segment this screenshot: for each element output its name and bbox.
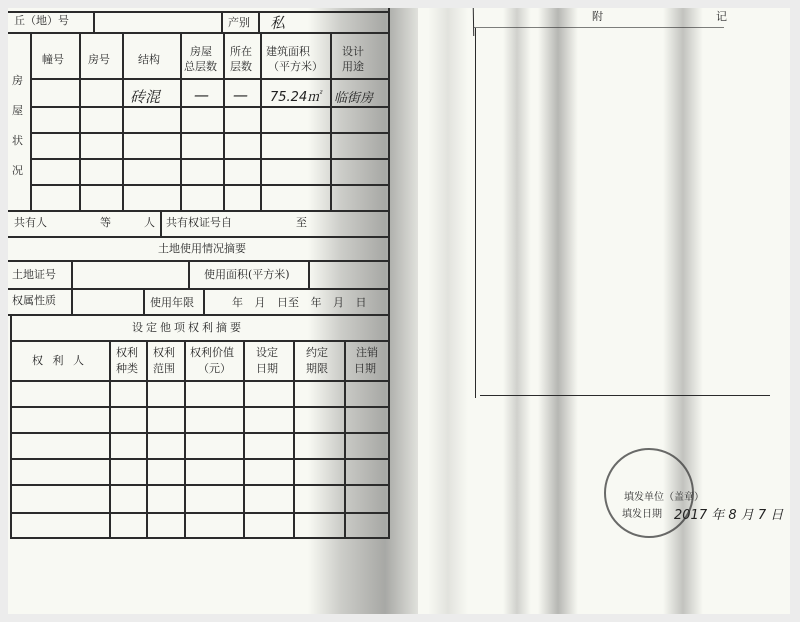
col-total-floors: 总层数 bbox=[184, 60, 217, 74]
col-set-date: 设定 bbox=[256, 346, 278, 360]
land-use-title: 土地使用情况摘要 bbox=[158, 242, 246, 256]
col-set-date: 日期 bbox=[256, 362, 278, 376]
notes-header-char: 记 bbox=[716, 10, 727, 24]
col-area: （平方米） bbox=[268, 60, 323, 74]
scan-noise bbox=[538, 8, 578, 614]
persons-label: 人 bbox=[144, 216, 155, 230]
col-total-floors: 房屋 bbox=[190, 45, 212, 59]
use-term-label: 使用年限 bbox=[150, 296, 194, 310]
issue-date-label: 填发日期 bbox=[622, 508, 662, 522]
section-label-char: 状 bbox=[12, 134, 23, 148]
issuer-label: 填发单位（盖章） bbox=[624, 491, 704, 505]
ownership-nature-label: 权属性质 bbox=[12, 294, 56, 308]
co-owner-label: 共有人 bbox=[14, 216, 47, 230]
col-use: 设计 bbox=[342, 45, 364, 59]
col-building-no: 幢号 bbox=[42, 53, 64, 67]
col-rights-kind: 权利 bbox=[116, 346, 138, 360]
col-area: 建筑面积 bbox=[266, 45, 310, 59]
structure-value: 砖混 bbox=[130, 86, 160, 107]
col-rights-scope: 范围 bbox=[153, 362, 175, 376]
plot-number-label: 丘（地）号 bbox=[14, 14, 69, 28]
floor-value: — bbox=[233, 86, 248, 104]
col-rights-scope: 权利 bbox=[153, 346, 175, 360]
etc-label: 等 bbox=[100, 216, 111, 230]
scan-noise bbox=[503, 8, 531, 614]
notes-header-char: 附 bbox=[592, 10, 603, 24]
col-cancel-date: 日期 bbox=[354, 362, 376, 376]
section-label-char: 屋 bbox=[12, 104, 23, 118]
col-agreed-term: 约定 bbox=[306, 346, 328, 360]
co-cert-to-label: 至 bbox=[296, 216, 307, 230]
scan-noise bbox=[428, 8, 468, 614]
col-agreed-term: 期限 bbox=[306, 362, 328, 376]
col-floor: 所在 bbox=[230, 45, 252, 59]
co-cert-from-label: 共有权证号自 bbox=[166, 216, 232, 230]
col-rights-holder: 权 利 人 bbox=[32, 354, 84, 368]
use-value: 临街房 bbox=[334, 87, 373, 106]
col-floor: 层数 bbox=[230, 60, 252, 74]
col-rights-kind: 种类 bbox=[116, 362, 138, 376]
col-room-no: 房号 bbox=[88, 53, 110, 67]
use-term-dates: 年 月 日至 年 月 日 bbox=[232, 296, 366, 310]
col-structure: 结构 bbox=[138, 53, 160, 67]
section-label-char: 房 bbox=[12, 74, 23, 88]
area-value: 75.24㎡ bbox=[270, 86, 320, 105]
ownership-type-label: 产别 bbox=[228, 16, 250, 30]
section-label-char: 况 bbox=[12, 164, 23, 178]
col-rights-value: （元） bbox=[198, 362, 231, 376]
use-area-label: 使用面积(平方米) bbox=[204, 268, 290, 282]
ownership-type-value: 私 bbox=[270, 12, 285, 33]
col-rights-value: 权利价值 bbox=[190, 346, 234, 360]
issue-date-value: 2017 年 8 月 7 日 bbox=[674, 504, 783, 523]
scanned-certificate-page: 丘（地）号 产别 私 房 屋 状 况 幢号 房号 结构 房屋 总层数 所在 层数… bbox=[8, 8, 790, 614]
other-rights-title: 设定他项权利摘要 bbox=[132, 321, 244, 335]
total-floors-value: — bbox=[194, 86, 209, 104]
col-cancel-date: 注销 bbox=[356, 346, 378, 360]
land-cert-label: 土地证号 bbox=[12, 268, 56, 282]
col-use: 用途 bbox=[342, 60, 364, 74]
